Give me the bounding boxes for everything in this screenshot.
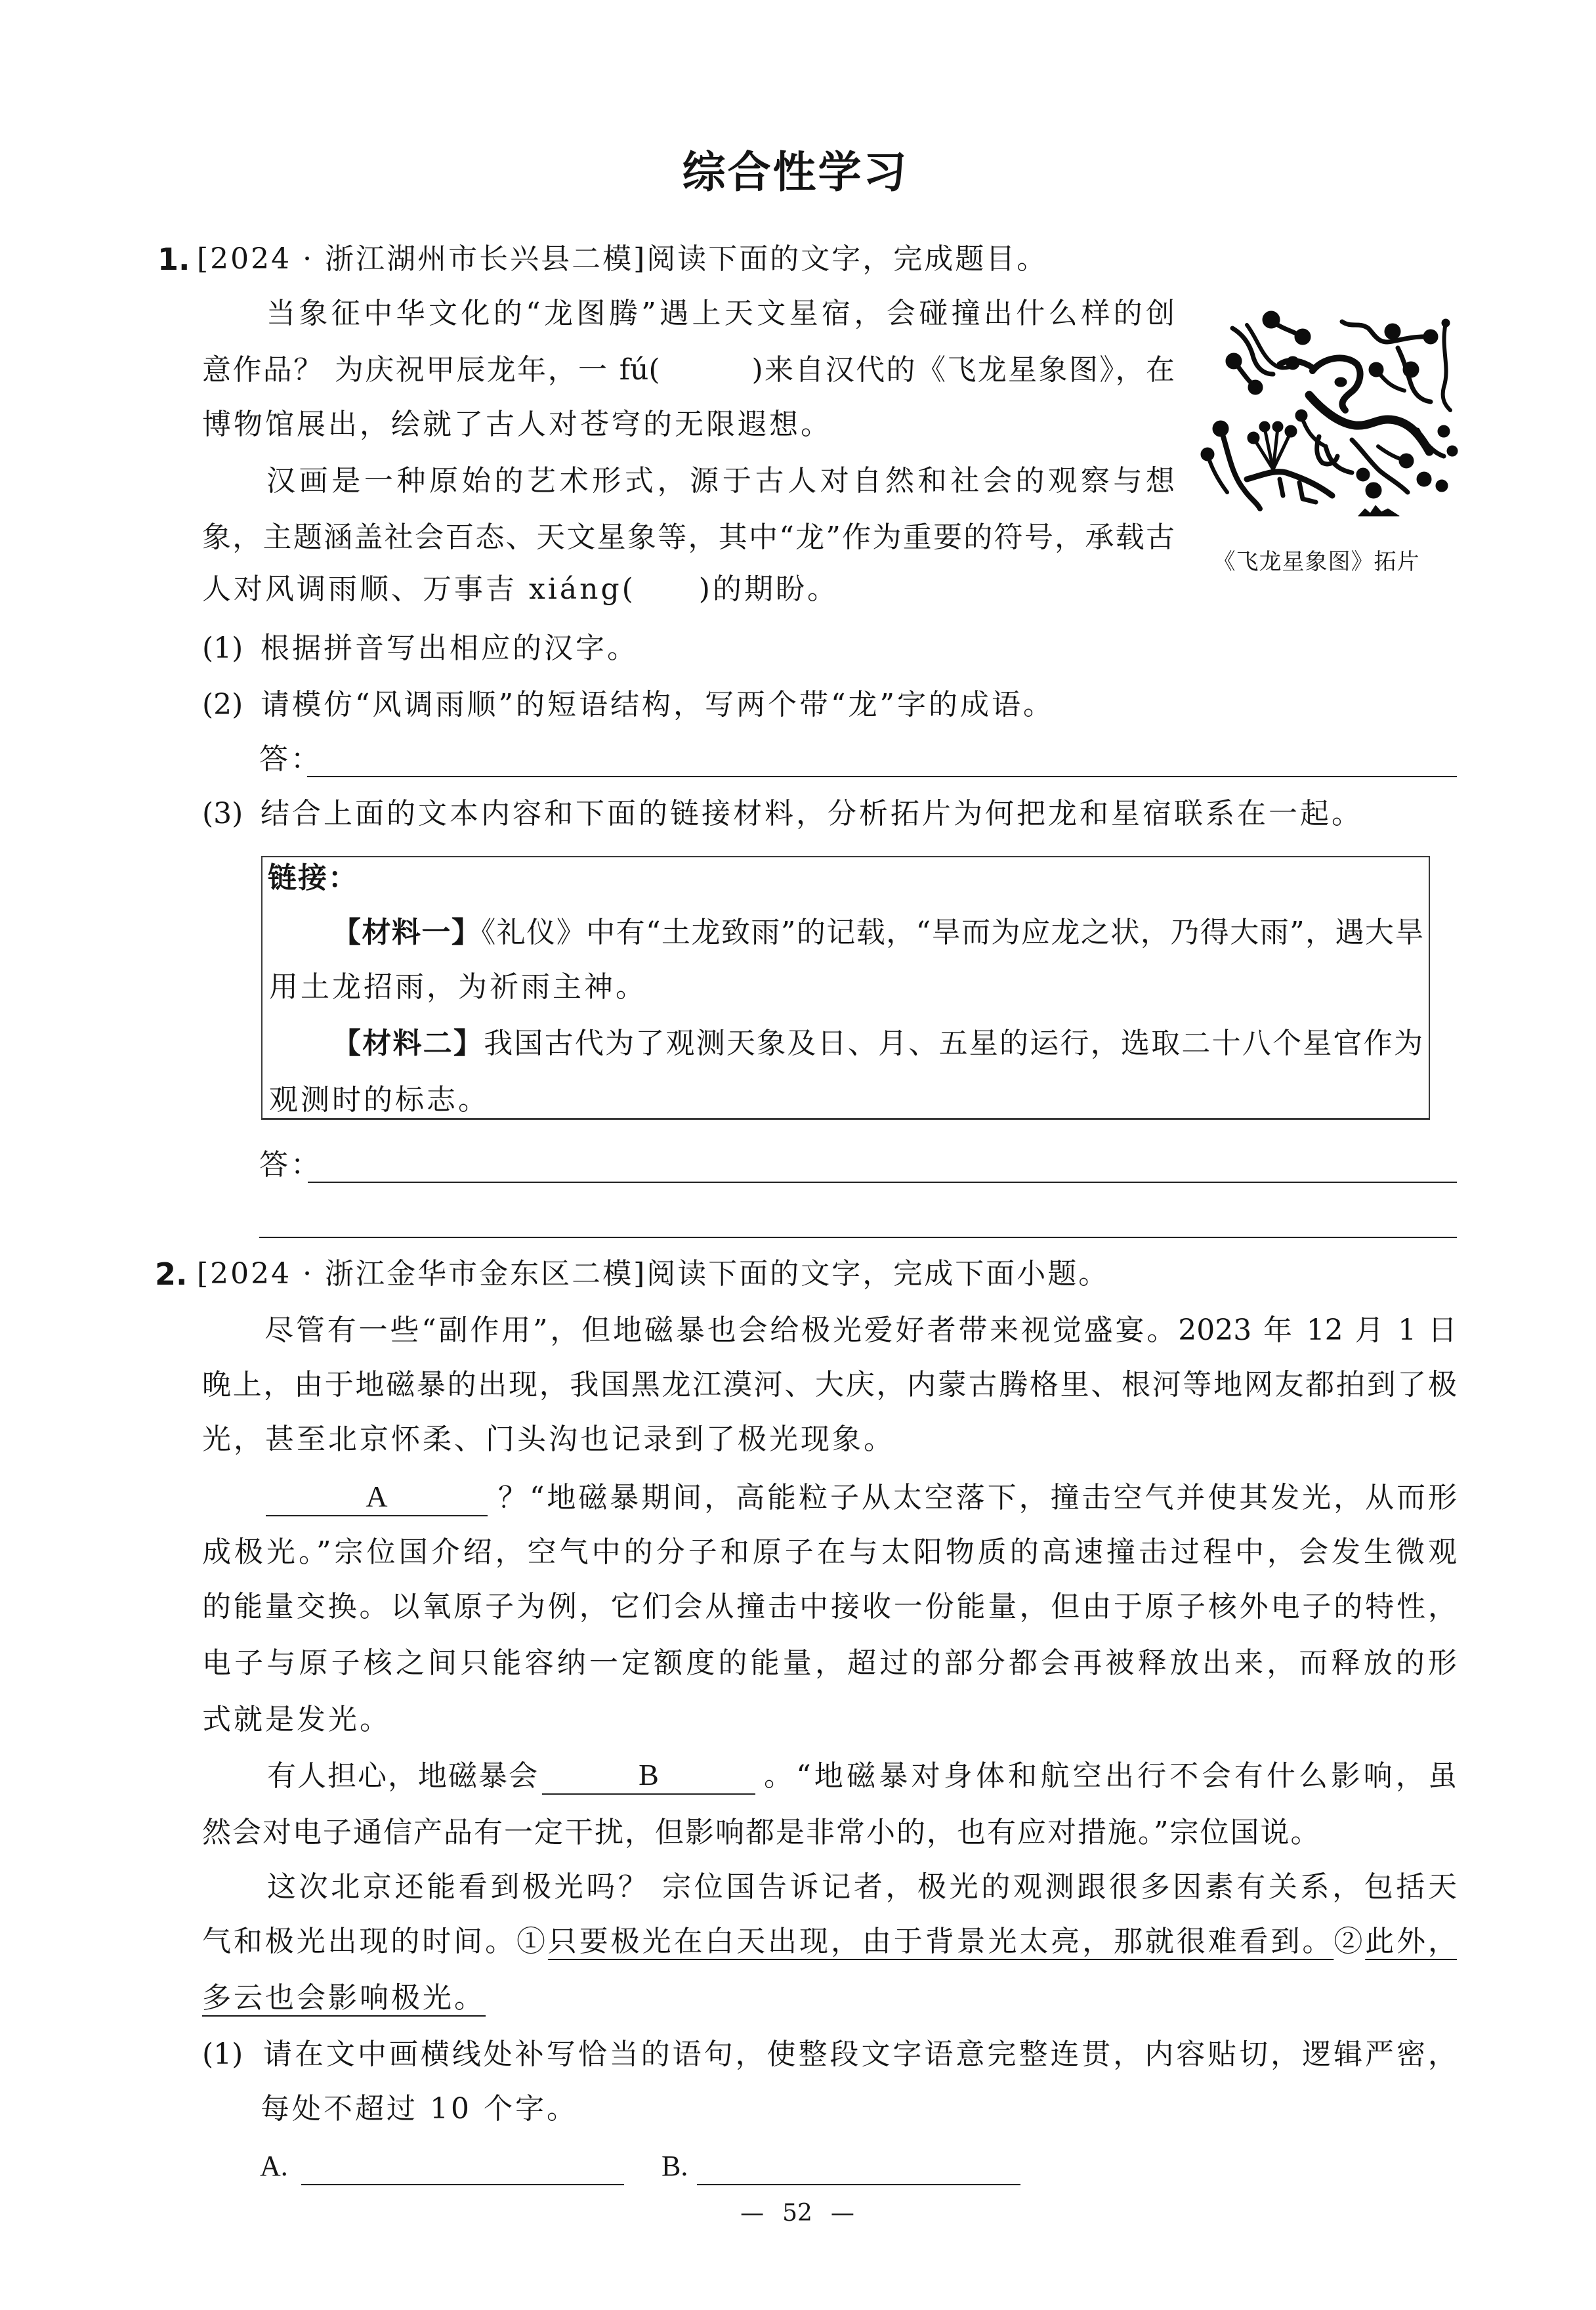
pinyin-blank-xiang — [636, 592, 699, 599]
q2-passage-line: 多云也会影响极光。 — [202, 1978, 486, 2018]
q1-passage-text: )的期盼。 — [699, 572, 839, 606]
subquestion-label: (1) — [202, 2035, 261, 2074]
q1-passage-text: 意作品？ 为庆祝甲辰龙年，一 fú( — [202, 353, 660, 387]
material-2-line: 观测时的标志。 — [269, 1080, 490, 1120]
q2-passage-line: 成极光。”宗位国介绍，空气中的分子和原子在与太阳物质的高速撞击过程中，会发生微观 — [202, 1533, 1457, 1572]
q2-passage-line: 然会对电子通信产品有一定干扰，但影响都是非常小的，也有应对措施。”宗位国说。 — [202, 1813, 1321, 1852]
q1-passage-text: )来自汉代的《飞龙星象图》，在 — [751, 353, 1175, 387]
material-1-tag: 【材料一】 — [332, 916, 481, 949]
question-1-instruction: 阅读下面的文字，完成题目。 — [646, 242, 1047, 276]
material-1-text: 《礼仪》中有“土龙致雨”的记载，“旱而为应龙之状，乃得大雨”，遇大旱 — [481, 916, 1423, 949]
q1-passage-text: 人对风调雨顺、万事吉 xiáng( — [202, 572, 636, 606]
underlined-sentence-2-cont: 多云也会影响极光。 — [202, 1981, 486, 2015]
q1-subquestion-1: (1)根据拼音写出相应的汉字。 — [202, 629, 639, 668]
q2-passage-text: 气和极光出现的时间。 — [202, 1925, 516, 1958]
question-2-instruction: 阅读下面的文字，完成下面小题。 — [646, 1257, 1109, 1291]
q2-passage-line: 晚上，由于地磁暴的出现，我国黑龙江漠河、大庆，内蒙古腾格里、根河等地网友都拍到了… — [202, 1365, 1457, 1405]
q2-passage-line: 光，甚至北京怀柔、门头沟也记录到了极光现象。 — [202, 1420, 895, 1459]
q1-passage-line: 意作品？ 为庆祝甲辰龙年，一 fú()来自汉代的《飞龙星象图》，在 — [202, 351, 1175, 390]
subquestion-text: 根据拼音写出相应的汉字。 — [261, 631, 639, 665]
blank-b-line — [542, 1793, 755, 1795]
blank-b-label: B — [542, 1755, 755, 1795]
underlined-sentence-2: 此外， — [1365, 1925, 1457, 1958]
q2-passage-line: 这次北京还能看到极光吗？ 宗位国告诉记者，极光的观测跟很多因素有关系，包括天 — [267, 1868, 1457, 1907]
material-2-line: 【材料二】我国古代为了观测天象及日、月、五星的运行，选取二十八个星官作为 — [332, 1024, 1423, 1063]
dragon-star-map-rubbing-image — [1181, 282, 1477, 532]
q2-passage-line: 的能量交换。以氧原子为例，它们会从撞击中接收一份能量，但由于原子核外电子的特性， — [202, 1587, 1457, 1627]
q1-subquestion-3: (3)结合上面的文本内容和下面的链接材料，分析拓片为何把龙和星宿联系在一起。 — [202, 794, 1363, 834]
material-1-line: 用土龙招雨，为祈雨主神。 — [269, 968, 647, 1007]
page-title: 综合性学习 — [0, 146, 1591, 198]
figure-caption: 《飞龙星象图》拓片 — [1201, 545, 1432, 578]
subquestion-text: 结合上面的文本内容和下面的链接材料，分析拓片为何把龙和星宿联系在一起。 — [261, 797, 1363, 830]
material-1-line: 【材料一】《礼仪》中有“土龙致雨”的记载，“旱而为应龙之状，乃得大雨”，遇大旱 — [332, 913, 1423, 952]
question-2-number: 2. — [155, 1254, 187, 1294]
q2-passage-line: 气和极光出现的时间。①只要极光在白天出现，由于背景光太亮，那就很难看到。②此外， — [202, 1922, 1457, 1961]
material-2-tag: 【材料二】 — [332, 1027, 484, 1060]
q1-passage-line: 象，主题涵盖社会百态、天文星象等，其中“龙”作为重要的符号，承载古 — [202, 518, 1175, 557]
answer-line — [259, 1237, 1457, 1238]
q2-passage-line: ？“地磁暴期间，高能粒子从太空落下，撞击空气并使其发光，从而形 — [498, 1478, 1457, 1518]
material-2-text: 我国古代为了观测天象及日、月、五星的运行，选取二十八个星官作为 — [484, 1027, 1423, 1060]
q1-passage-line: 汉画是一种原始的艺术形式，源于古人对自然和社会的观察与想 — [266, 461, 1175, 501]
q1-passage-line: 人对风调雨顺、万事吉 xiáng()的期盼。 — [202, 570, 839, 609]
question-1-number: 1. — [157, 240, 190, 279]
page-number-value: 52 — [782, 2200, 812, 2227]
q2-passage-line: 有人担心，地磁暴会 — [267, 1757, 539, 1796]
answer-a-line — [301, 2184, 624, 2185]
q1-subquestion-2: (2)请模仿“风调雨顺”的短语结构，写两个带“龙”字的成语。 — [202, 685, 1055, 725]
answer-label: 答： — [259, 1145, 322, 1185]
sentence-marker-1: ① — [516, 1925, 548, 1958]
answer-line — [307, 776, 1457, 777]
q2-passage-line: 式就是发光。 — [202, 1700, 391, 1740]
question-2-source: [2024 · 浙江金华市金东区二模] — [197, 1257, 646, 1291]
pinyin-blank-fu — [660, 373, 751, 379]
q2-subquestion-1: (1)请在文中画横线处补写恰当的语句，使整段文字语意完整连贯，内容贴切，逻辑严密… — [202, 2035, 1457, 2074]
answer-b-line — [697, 2184, 1020, 2185]
answer-b-label: B. — [661, 2147, 688, 2186]
page-number-dash: — — [831, 2200, 854, 2227]
q1-passage-line: 博物馆展出，绘就了古人对苍穹的无限遐想。 — [202, 405, 832, 444]
q2-passage-line: 电子与原子核之间只能容纳一定额度的能量，超过的部分都会再被释放出来，而释放的形 — [202, 1644, 1457, 1683]
underlined-sentence-1: 只要极光在白天出现，由于背景光太亮，那就很难看到。 — [548, 1925, 1333, 1958]
q2-passage-line: 尽管有一些“副作用”，但地磁暴也会给极光爱好者带来视觉盛宴。2023 年 12 … — [264, 1311, 1457, 1350]
answer-a-label: A. — [260, 2147, 288, 2186]
subquestion-text: 请在文中画横线处补写恰当的语句，使整段文字语意完整连贯，内容贴切，逻辑严密， — [261, 2038, 1457, 2071]
sentence-marker-2: ② — [1333, 1925, 1365, 1958]
answer-label: 答： — [259, 740, 322, 779]
subquestion-label: (1) — [202, 629, 261, 668]
subquestion-label: (3) — [202, 794, 261, 834]
blank-a-line — [266, 1515, 488, 1516]
q2-subquestion-1-cont: 每处不超过 10 个字。 — [261, 2089, 578, 2129]
question-2-header: [2024 · 浙江金华市金东区二模]阅读下面的文字，完成下面小题。 — [197, 1254, 1109, 1294]
q1-passage-line: 当象征中华文化的“龙图腾”遇上天文星宿，会碰撞出什么样的创 — [266, 294, 1175, 333]
subquestion-label: (2) — [202, 685, 261, 725]
question-1-source: [2024 · 浙江湖州市长兴县二模] — [197, 242, 646, 276]
subquestion-text: 请模仿“风调雨顺”的短语结构，写两个带“龙”字的成语。 — [261, 688, 1055, 721]
page-number-dash: — — [740, 2200, 764, 2227]
answer-line — [308, 1182, 1457, 1183]
question-1-header: [2024 · 浙江湖州市长兴县二模]阅读下面的文字，完成题目。 — [197, 240, 1047, 279]
page-number: —52— — [666, 2197, 929, 2230]
link-box-heading: 链接： — [268, 859, 358, 898]
q2-passage-line: 。“地磁暴对身体和航空出行不会有什么影响，虽 — [764, 1757, 1457, 1796]
worksheet-page: 综合性学习 1. [2024 · 浙江湖州市长兴县二模]阅读下面的文字，完成题目… — [0, 0, 1596, 2310]
blank-a-label: A — [266, 1477, 488, 1516]
